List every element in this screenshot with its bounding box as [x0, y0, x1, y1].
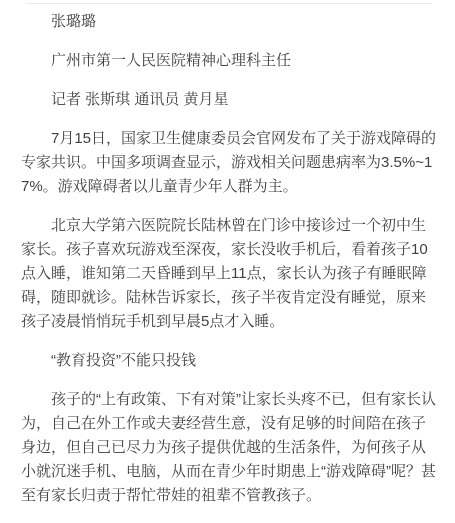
byline-expert-name: 张璐璐 [21, 10, 437, 34]
article-page: 张璐璐 广州市第一人民医院精神心理科主任 记者 张斯琪 通讯员 黄月星 7月15… [0, 0, 455, 523]
byline-reporter-line: 记者 张斯琪 通讯员 黄月星 [21, 88, 437, 112]
paragraph-parents-view: 孩子的“上有政策、下有对策”让家长头疼不已，但有家长认为，自己在外工作或夫妻经营… [21, 388, 437, 508]
section-subheading: “教育投资”不能只投钱 [21, 349, 437, 373]
paragraph-consensus: 7月15日，国家卫生健康委员会官网发布了关于游戏障碍的专家共识。中国多项调查显示… [21, 127, 437, 199]
article-content: 张璐璐 广州市第一人民医院精神心理科主任 记者 张斯琪 通讯员 黄月星 7月15… [0, 4, 455, 508]
byline-expert-title: 广州市第一人民医院精神心理科主任 [21, 49, 437, 73]
paragraph-case-story: 北京大学第六医院院长陆林曾在门诊中接诊过一个初中生家长。孩子喜欢玩游戏至深夜，家… [21, 214, 437, 334]
